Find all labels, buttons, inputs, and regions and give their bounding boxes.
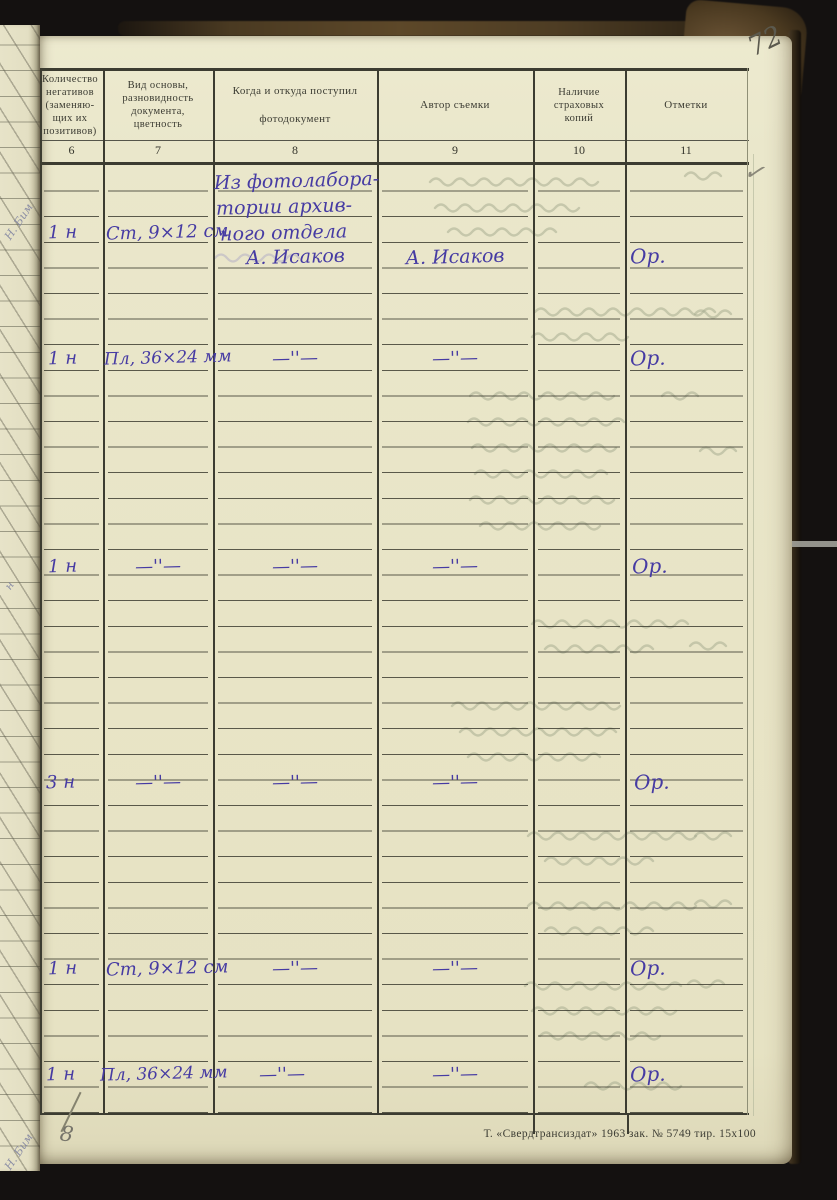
printer-imprint: Т. «Свердтрансиздат» 1963 зак. № 5749 ти… — [352, 1128, 756, 1140]
archive-ledger-photo: { "scan": { "page_number": "72", "sheet_… — [0, 0, 837, 1200]
numbers-underline — [40, 162, 749, 165]
entry-notes: Ор. — [630, 1062, 666, 1087]
entry-author-ditto: —''— — [377, 1062, 533, 1087]
entry-received-ditto: —''— — [213, 956, 377, 981]
column-header-author: Автор съемки — [377, 70, 533, 140]
entry-author-ditto: —''— — [377, 956, 533, 981]
entry-received-ditto: —''— — [213, 554, 377, 579]
entry-base-type: Ст, 9×12 см — [106, 220, 229, 244]
background-seam-line — [786, 541, 837, 547]
column-number: 11 — [625, 143, 747, 162]
entry-quantity: 1 н — [48, 348, 78, 370]
entry-received-line: тории архив- — [216, 194, 353, 220]
margin-line — [753, 154, 754, 1116]
entry-received-line: ного отдела — [220, 220, 348, 245]
column-number: 7 — [103, 143, 213, 162]
pencil-checkmark: ✓ — [741, 156, 766, 188]
entry-author-ditto: —''— — [377, 770, 533, 795]
col-border — [377, 68, 379, 1115]
entry-notes: Ор. — [630, 346, 666, 371]
prev-page-edge: Н. Бим н Н. Бим — [0, 25, 40, 1171]
col-border — [625, 68, 627, 1115]
entry-author-ditto: —''— — [377, 554, 533, 579]
entry-base-type: Ст, 9×12 см — [106, 956, 229, 980]
entry-notes: Ор. — [630, 956, 666, 981]
entry-received-line: А. Исаков — [246, 245, 345, 270]
ledger-page: Количество негативов (заменяю- щих их по… — [40, 36, 792, 1164]
entry-author-ditto: —''— — [377, 346, 533, 371]
edge-handwriting-fragment: Н. Бим — [2, 1131, 36, 1172]
column-number: 8 — [213, 143, 377, 162]
entry-quantity: 3 н — [46, 772, 76, 794]
header-underline — [40, 140, 749, 141]
entry-author: А. Исаков — [377, 244, 534, 270]
col-border-right — [747, 68, 748, 1115]
edge-handwriting-fragment: н — [2, 579, 17, 592]
col-border — [533, 68, 535, 1115]
column-number: 10 — [533, 143, 625, 162]
column-number: 9 — [377, 143, 533, 162]
col-border — [40, 68, 42, 1115]
col-border — [103, 68, 105, 1115]
entry-quantity: 1 н — [46, 1064, 76, 1086]
table-bottom-border — [40, 1113, 749, 1115]
column-header-received: Когда и откуда поступил фотодокумент — [213, 70, 377, 140]
entry-base-ditto: —''— — [103, 555, 214, 579]
column-header-notes: Отметки — [625, 70, 747, 140]
entry-base-ditto: —''— — [103, 771, 214, 795]
entry-notes: Ор. — [630, 244, 666, 269]
column-number: 6 — [40, 143, 103, 162]
column-header-base-type: Вид основы, разновидность документа, цве… — [103, 70, 213, 140]
entry-notes: Ор. — [632, 554, 668, 579]
entry-received-line: Из фотолабора- — [214, 168, 380, 194]
entry-quantity: 1 н — [48, 556, 78, 578]
entry-received-ditto: —''— — [213, 346, 377, 371]
entry-received-ditto: —''— — [213, 770, 377, 795]
entry-received-ditto: —''— — [200, 1062, 364, 1087]
book-pages-top-edge — [118, 21, 743, 36]
edge-handwriting-fragment: Н. Бим — [2, 201, 36, 242]
column-header-insurance: Наличие страховых копий — [533, 70, 625, 140]
entry-quantity: 1 н — [48, 958, 78, 980]
entry-quantity: 1 н — [48, 222, 78, 244]
entry-notes: Ор. — [634, 770, 670, 795]
ruled-lines — [538, 166, 620, 1113]
